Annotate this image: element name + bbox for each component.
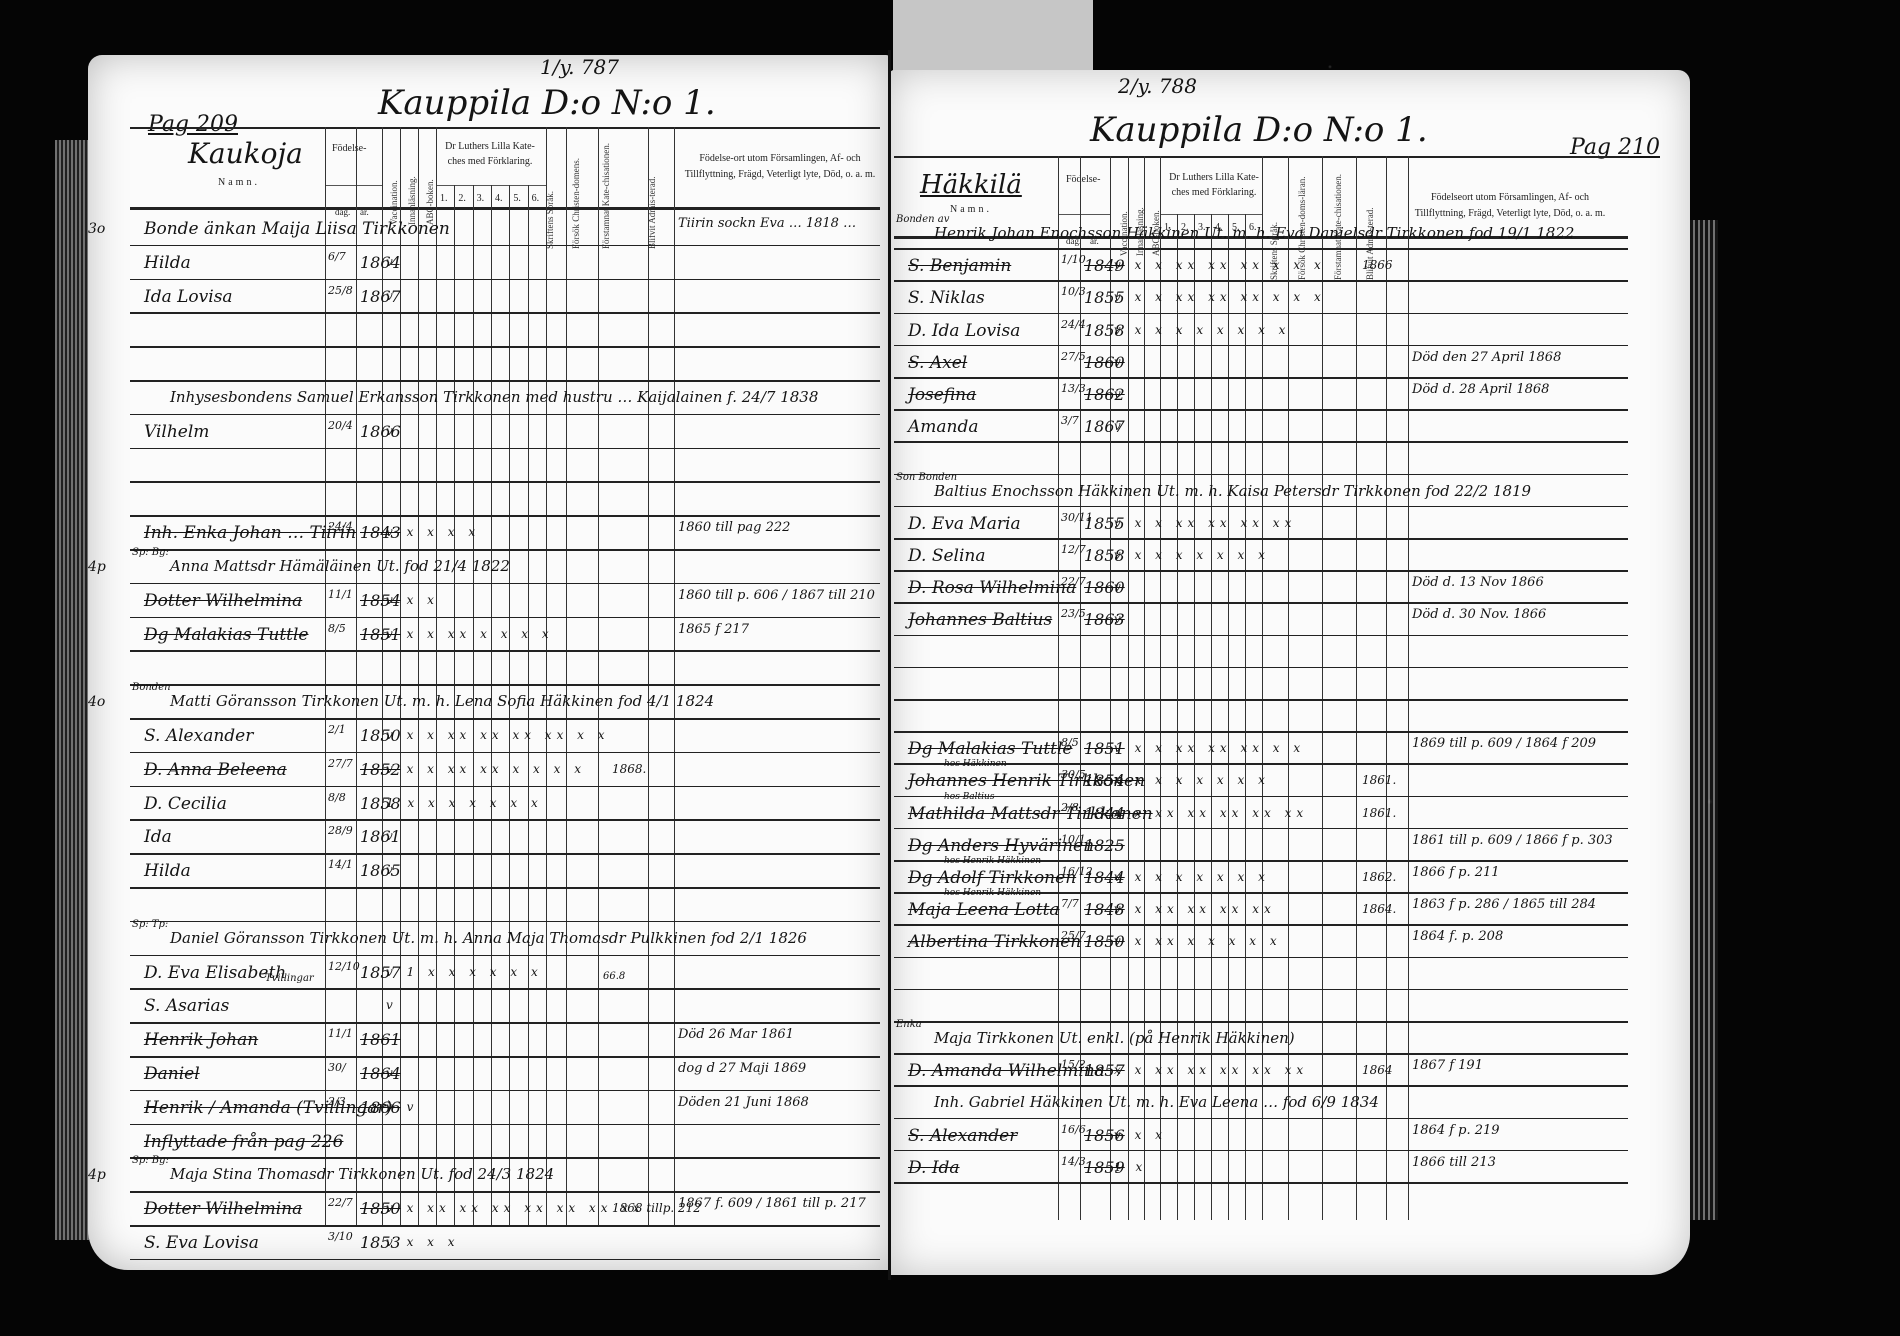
birth-day: 20/4 xyxy=(328,419,353,432)
register-row: Albertina Tirkkonen25/71850v x xx x x x … xyxy=(890,928,1690,960)
birth-day: 11/1 xyxy=(328,588,353,601)
exam-marks: v x x xx xx xx xx x x xyxy=(386,728,610,742)
exam-marks: v x x xyxy=(386,593,439,607)
register-row xyxy=(890,961,1690,993)
vaccination-header: Vaccination. xyxy=(390,139,399,225)
birth-day: 22/7 xyxy=(1061,575,1086,588)
person-name: D. Rosa Wilhelmina xyxy=(908,578,1076,598)
catechism-col-2: 2. xyxy=(458,193,466,204)
right-register-page: 2/y. 788 Kauppila D:o N:o 1. Pag 210 Häk… xyxy=(890,70,1690,1275)
person-name: Dg Adolf Tirkkonen xyxy=(908,868,1076,888)
register-row: Ida Lovisa25/81867v xyxy=(88,283,890,317)
catechism-header-right: Dr Luthers Lilla Kate-ches med Förklarin… xyxy=(1166,170,1262,200)
catechism-header: Dr Luthers Lilla Kate-ches med Förklarin… xyxy=(440,139,540,169)
register-row: Ida28/91861v xyxy=(88,823,890,857)
exam-marks: v xyxy=(1114,387,1126,401)
person-name: S. Eva Lovisa xyxy=(144,1233,259,1253)
notes-header-right: Födelseort utom Församlingen, Af- och Ti… xyxy=(1410,190,1610,222)
reading-header: Innanläsning. xyxy=(408,139,417,225)
register-note: 1866 f p. 211 xyxy=(1412,866,1624,880)
person-name: Josefina xyxy=(908,385,976,405)
birth-day: 8/5 xyxy=(1061,736,1079,749)
person-name: D. Eva Maria xyxy=(908,514,1021,534)
birth-day: 30/5 xyxy=(1061,768,1086,781)
exam-marks: x x xx xx xx xx xx xyxy=(1114,1063,1308,1077)
register-note: Död d. 28 April 1868 xyxy=(1412,383,1624,397)
person-name: Johannes Baltius xyxy=(908,610,1052,630)
farm-name-left: Kaukoja xyxy=(188,137,303,170)
register-row: S. Eva Lovisa3/101853v x x x xyxy=(88,1229,890,1263)
exam-marks: v x x xx xx xx x x x xyxy=(1114,258,1326,272)
register-row: Amanda3/71867v xyxy=(890,413,1690,445)
person-name: Daniel Göransson Tirkkonen Ut. m. h. Ann… xyxy=(170,929,807,947)
register-row: D. Eva ElisabethTvillingar12/101857v 1 x… xyxy=(88,959,890,993)
birth-day: 7/7 xyxy=(1061,897,1079,910)
person-name: Henrik / Amanda (Tvillingar) xyxy=(144,1098,392,1118)
admitted-year: 1864. xyxy=(1362,902,1396,916)
register-row: D. Ida14/318591 x1866 till 213 xyxy=(890,1154,1690,1186)
person-name: Anna Mattsdr Hämäläinen Ut. fod 21/4 182… xyxy=(170,557,510,575)
stamp-number-left: 1/y. 787 xyxy=(540,55,619,79)
register-row xyxy=(88,350,890,384)
exam-marks: v x x x x x x x xyxy=(1114,870,1270,884)
catechism-col-6: 6. xyxy=(532,193,540,204)
birth-day: 16/6 xyxy=(1061,1123,1086,1136)
register-row: Josefina13/31862vDöd d. 28 April 1868 xyxy=(890,381,1690,413)
register-row: Hilda6/71864v xyxy=(88,249,890,283)
birth-day: 25/7 xyxy=(1061,929,1086,942)
register-note: 1863 f p. 286 / 1865 till 284 xyxy=(1412,898,1624,912)
birth-day: 14/1 xyxy=(328,858,353,871)
household-marker: 4o xyxy=(88,694,105,710)
exam-marks: 1 x xyxy=(1114,1160,1147,1174)
birth-day: 2/3 xyxy=(328,1095,346,1108)
birth-day: 23/5 xyxy=(1061,607,1086,620)
register-row: EnkaMaja Tirkkonen Ut. enkl. (på Henrik … xyxy=(890,1025,1690,1057)
household-marker: 4p xyxy=(88,559,106,575)
register-row xyxy=(890,639,1690,671)
birth-day: 8/5 xyxy=(328,622,346,635)
birth-year: 1825 xyxy=(1084,836,1125,855)
exam-marks: v v xyxy=(386,1100,418,1114)
person-name: D. Ida xyxy=(908,1158,960,1178)
person-name: Vilhelm xyxy=(144,422,209,442)
row-label: Bonden xyxy=(132,682,171,693)
register-row: D. Eva Maria30/111855v x x xx xx xx xx xyxy=(890,510,1690,542)
register-row: Dotter Wilhelmina11/11854v x x1860 till … xyxy=(88,587,890,621)
register-note: Död d. 13 Nov 1866 xyxy=(1412,576,1624,590)
book-edge-right xyxy=(1688,220,1718,1220)
register-row: 4pSp: Bg:Maja Stina Thomasdr Tirkkonen U… xyxy=(88,1161,890,1195)
register-row xyxy=(890,445,1690,477)
exam-marks: v x x x x x x x x xyxy=(1114,323,1290,337)
admitted-year: 1864 xyxy=(1362,1063,1393,1077)
register-row xyxy=(88,654,890,688)
register-note: 1869 till p. 609 / 1864 f 209 xyxy=(1412,737,1624,751)
birth-day: 2/8 xyxy=(1061,801,1079,814)
birth-day: 10/1 xyxy=(1061,833,1086,846)
exam-marks: v 1 x x x x x x xyxy=(386,965,543,979)
admitted-year: 1861. xyxy=(1362,806,1396,820)
farm-name-right: Häkkilä xyxy=(920,170,1022,200)
person-name: Ida xyxy=(144,827,172,847)
admitted-year: 1866 xyxy=(1362,258,1393,272)
birth-day: 24/4 xyxy=(1061,318,1086,331)
register-note: 1864 f. p. 208 xyxy=(1412,930,1624,944)
catechism-col-1: 1. xyxy=(440,193,448,204)
exam-marks: v x x xx xx xx x x x xyxy=(1114,290,1326,304)
register-note: Död 26 Mar 1861 xyxy=(678,1028,876,1042)
register-row xyxy=(890,993,1690,1025)
exam-marks: v xyxy=(386,424,398,438)
page-ref-left: Pag 209 xyxy=(148,112,238,137)
register-row: Dg Malakias Tuttle8/51851v x x xx xx xx … xyxy=(890,735,1690,767)
register-note: 1867 f. 609 / 1861 till p. 217 xyxy=(678,1197,876,1211)
person-name: S. Alexander xyxy=(908,1126,1017,1146)
name-col-sub-right: Namn. xyxy=(950,204,992,215)
person-name: Inh. Gabriel Häkkinen Ut. m. h. Eva Leen… xyxy=(934,1093,1379,1111)
person-name: Henrik Johan Enochsson Häkkinen Ut. m. h… xyxy=(934,224,1574,242)
residence-note: hos Baltius xyxy=(944,792,994,802)
person-name: Inh. Enka Johan … Tiirin xyxy=(144,523,356,543)
header-bottom-rule xyxy=(130,207,880,210)
register-row: Inh. Gabriel Häkkinen Ut. m. h. Eva Leen… xyxy=(890,1089,1690,1121)
exam-marks: v x x xx xx xx xx xyxy=(1114,516,1296,530)
person-name: Hilda xyxy=(144,253,191,273)
abc-header: ABC-boken. xyxy=(426,139,435,225)
register-row: Inhysesbondens Samuel Erkansson Tirkkone… xyxy=(88,384,890,418)
book-spine xyxy=(888,50,891,1280)
birth-day: 13/3 xyxy=(1061,382,1086,395)
birth-day: 27/5 xyxy=(1061,350,1086,363)
first-communion-value: 66.8 xyxy=(603,971,625,982)
admitted-year: 1862. xyxy=(1362,870,1396,884)
exam-marks: v x x x xyxy=(386,1235,460,1249)
birth-day: 11/1 xyxy=(328,1027,353,1040)
birth-header: Födelse- xyxy=(332,143,366,154)
register-row: S. Alexander2/11850v x x xx xx xx xx x x xyxy=(88,722,890,756)
birth-year: 1861 xyxy=(360,1030,401,1049)
person-name: D. Cecilia xyxy=(144,794,227,814)
exam-marks: v x xx xx xx xx xyxy=(1114,902,1276,916)
register-row xyxy=(88,452,890,486)
birth-day: 15/2 xyxy=(1061,1058,1086,1071)
person-name: S. Benjamin xyxy=(908,256,1011,276)
exam-marks: 1 x x x x x x x xyxy=(386,796,543,810)
residence-note: hos Henrik Häkkinen xyxy=(944,888,1041,898)
twins-note: Tvillingar xyxy=(265,973,314,984)
catechism-col-3: 3. xyxy=(477,193,485,204)
register-row: 4oBondenMatti Göransson Tirkkonen Ut. m.… xyxy=(88,688,890,722)
village-title-left: Kauppila D:o N:o 1. xyxy=(378,83,716,123)
register-row: Son BondenBaltius Enochsson Häkkinen Ut.… xyxy=(890,478,1690,510)
register-note: Död d. 30 Nov. 1866 xyxy=(1412,608,1624,622)
exam-marks: v x x x x xyxy=(386,525,480,539)
birth-subrule xyxy=(1058,214,1110,215)
exam-marks: v x x x x x x x xyxy=(1114,548,1270,562)
register-row: Daniel30/1864vdog d 27 Maji 1869 xyxy=(88,1060,890,1094)
register-row xyxy=(890,671,1690,703)
exam-marks: v x x xx x x x x xyxy=(386,627,554,641)
residence-note: hos Henrik Häkkinen xyxy=(944,856,1041,866)
register-row: Johannes Henrik Tirkkonenhos Häkkinen30/… xyxy=(890,767,1690,799)
person-name: Matti Göransson Tirkkonen Ut. m. h. Lena… xyxy=(170,692,714,710)
register-note: 1866 till 213 xyxy=(1412,1156,1624,1170)
register-row: Henrik Johan11/11861Död 26 Mar 1861 xyxy=(88,1026,890,1060)
village-title-right: Kauppila D:o N:o 1. xyxy=(1090,110,1428,150)
exam-marks: v x x xx xx x x x x xyxy=(386,762,586,776)
register-row: Dotter Wilhelmina22/71850v x xx xx xx xx… xyxy=(88,1195,890,1229)
register-note: dog d 27 Maji 1869 xyxy=(678,1062,876,1076)
exam-marks: v x x xx xx xx x x xyxy=(1114,741,1305,755)
birth-day: 3/10 xyxy=(328,1230,353,1243)
register-row: 4pSp: Bg:Anna Mattsdr Hämäläinen Ut. fod… xyxy=(88,553,890,587)
birth-day: 28/9 xyxy=(328,824,353,837)
exam-marks: v x xx xx xx xx xx xx xx xyxy=(386,1201,645,1215)
register-row: Inflyttade från pag 226 xyxy=(88,1128,890,1162)
register-row: Bonden avHenrik Johan Enochsson Häkkinen… xyxy=(890,220,1690,252)
exam-marks: v x xx x x x x x xyxy=(1114,934,1282,948)
person-name: Ida Lovisa xyxy=(144,287,233,307)
exam-marks: v x x xyxy=(1114,1128,1167,1142)
birth-day: 8/8 xyxy=(328,791,346,804)
exam-marks: v xyxy=(1114,580,1126,594)
birth-header-right: Födelse- xyxy=(1066,174,1100,185)
register-row xyxy=(88,485,890,519)
birth-day: 22/7 xyxy=(328,1196,353,1209)
register-note: 1867 f 191 xyxy=(1412,1059,1624,1073)
person-name: Maja Leena Lotta xyxy=(908,900,1060,920)
register-row: Vilhelm20/41866v xyxy=(88,418,890,452)
register-note: 1861 till p. 609 / 1866 f p. 303 xyxy=(1412,834,1624,848)
register-row: S. Alexander16/61856v x x1864 f p. 219 xyxy=(890,1122,1690,1154)
catechism-col-4: 4. xyxy=(495,193,503,204)
register-row: D. Rosa Wilhelmina22/71860vDöd d. 13 Nov… xyxy=(890,574,1690,606)
person-name: Hilda xyxy=(144,861,191,881)
birth-day: 12/10 xyxy=(328,960,360,973)
row-label: Sp: Tp: xyxy=(132,919,168,930)
person-name: Dg Malakias Tuttle xyxy=(144,625,308,645)
exam-marks: x x x x x x x x xyxy=(1114,773,1270,787)
register-row: S. Niklas10/31855v x x xx xx xx x x x xyxy=(890,284,1690,316)
person-name: D. Selina xyxy=(908,546,986,566)
catechism-col-5: 5. xyxy=(513,193,521,204)
person-name: D. Anna Beleena xyxy=(144,760,287,780)
person-name: Amanda xyxy=(908,417,979,437)
birth-day: 27/7 xyxy=(328,757,353,770)
register-note: Döden 21 Juni 1868 xyxy=(678,1096,876,1110)
exam-marks: v xyxy=(386,289,398,303)
register-row: S. Asariasv xyxy=(88,992,890,1026)
register-row: Hilda14/11865v xyxy=(88,857,890,891)
register-row: D. Cecilia8/818581 x x x x x x x xyxy=(88,790,890,824)
person-name: Dotter Wilhelmina xyxy=(144,1199,302,1219)
register-row: D. Amanda Wilhelmina15/21857x x xx xx xx… xyxy=(890,1057,1690,1089)
person-name: Inflyttade från pag 226 xyxy=(144,1132,343,1152)
residence-note: hos Häkkinen xyxy=(944,759,1007,769)
person-name: Maja Stina Thomasdr Tirkkonen Ut. fod 24… xyxy=(170,1165,554,1183)
admitted-year: 1868. xyxy=(612,762,646,776)
household-marker: 3o xyxy=(88,221,105,237)
header-top-rule xyxy=(130,127,880,129)
register-note: 1865 f 217 xyxy=(678,623,876,637)
row-label: Enka xyxy=(896,1019,922,1030)
person-name: S. Axel xyxy=(908,353,967,373)
birth-day: 14/3 xyxy=(1061,1155,1086,1168)
birth-day: 2/1 xyxy=(328,723,346,736)
header-top-rule xyxy=(894,156,1628,158)
register-row: S. Axel27/51860vDöd den 27 April 1868 xyxy=(890,349,1690,381)
register-row: 3oBonde änkan Maija Liisa TirkkonenTiiri… xyxy=(88,215,890,249)
register-row: Maja Leena Lottahos Henrik Häkkinen7/718… xyxy=(890,896,1690,928)
person-name: Maja Tirkkonen Ut. enkl. (på Henrik Häkk… xyxy=(934,1029,1295,1047)
person-name: Bonde änkan Maija Liisa Tirkkonen xyxy=(144,219,450,239)
birth-day: 24/4 xyxy=(328,520,353,533)
register-note: Tiirin sockn Eva … 1818 … xyxy=(678,217,876,231)
name-col-sub: Namn. xyxy=(218,177,260,188)
person-name: Dotter Wilhelmina xyxy=(144,591,302,611)
birth-day: 30/ xyxy=(328,1061,346,1074)
birth-day: 6/7 xyxy=(328,250,346,263)
register-row xyxy=(890,703,1690,735)
person-name: Daniel xyxy=(144,1064,200,1084)
exam-marks: v xyxy=(386,829,398,843)
exam-marks: v xyxy=(1114,419,1126,433)
person-name: Dg Malakias Tuttle xyxy=(908,739,1072,759)
register-note: Död den 27 April 1868 xyxy=(1412,351,1624,365)
exam-marks: v xyxy=(386,255,398,269)
birth-day: 25/8 xyxy=(328,284,353,297)
register-row: S. Benjamin1/101849v x x xx xx xx x x x1… xyxy=(890,252,1690,284)
birth-day: 12/7 xyxy=(1061,543,1086,556)
exam-marks: v xyxy=(1114,612,1126,626)
register-row: Sp: Tp:Daniel Göransson Tirkkonen Ut. m.… xyxy=(88,925,890,959)
exam-marks: v xyxy=(386,998,398,1012)
person-name: Inhysesbondens Samuel Erkansson Tirkkone… xyxy=(170,388,818,406)
register-row xyxy=(88,316,890,350)
person-name: S. Niklas xyxy=(908,288,985,308)
register-row: Henrik / Amanda (Tvillingar)2/31866v vDö… xyxy=(88,1094,890,1128)
register-row: Inh. Enka Johan … Tiirin24/41843v x x x … xyxy=(88,519,890,553)
exam-marks: v xyxy=(1114,355,1126,369)
row-label: Sp: Bg: xyxy=(132,547,169,558)
birth-day: 1/10 xyxy=(1061,253,1086,266)
birth-day: 10/3 xyxy=(1061,285,1086,298)
person-name: S. Alexander xyxy=(144,726,253,746)
register-row: Mathilda Mattsdr Tirkkonenhos Baltius2/8… xyxy=(890,800,1690,832)
exam-marks: x x xx xx xx xx xx xyxy=(1114,806,1308,820)
row-label: Sp: Bg: xyxy=(132,1155,169,1166)
register-row: Dg Malakias Tuttle8/51851v x x xx x x x … xyxy=(88,621,890,655)
person-name: Henrik Johan xyxy=(144,1030,258,1050)
notes-header: Födelse-ort utom Församlingen, Af- och T… xyxy=(680,151,880,183)
register-note: 1864 f p. 219 xyxy=(1412,1124,1624,1138)
register-row xyxy=(88,891,890,925)
stamp-number-right: 2/y. 788 xyxy=(1118,74,1197,98)
register-row: D. Selina12/71858v x x x x x x x xyxy=(890,542,1690,574)
admitted-year: 1861. xyxy=(1362,773,1396,787)
register-note: 1860 till pag 222 xyxy=(678,521,876,535)
register-row: D. Anna Beleena27/71852v x x xx xx x x x… xyxy=(88,756,890,790)
exam-marks: v xyxy=(386,863,398,877)
household-marker: 4p xyxy=(88,1167,106,1183)
person-name: Albertina Tirkkonen xyxy=(908,932,1081,952)
register-note: 1860 till p. 606 / 1867 till 210 xyxy=(678,589,876,603)
exam-marks: v xyxy=(386,1066,398,1080)
register-row: D. Ida Lovisa24/41858v x x x x x x x x xyxy=(890,317,1690,349)
birth-day: 3/7 xyxy=(1061,414,1079,427)
person-name: S. Asarias xyxy=(144,996,229,1016)
person-name: Baltius Enochsson Häkkinen Ut. m. h. Kai… xyxy=(934,482,1531,500)
birth-subrule xyxy=(325,185,382,186)
left-register-page: 1/y. 787 Kauppila D:o N:o 1. Pag 209 Kau… xyxy=(88,55,890,1270)
register-row: Johannes Baltius23/51863vDöd d. 30 Nov. … xyxy=(890,606,1690,638)
person-name: D. Ida Lovisa xyxy=(908,321,1020,341)
